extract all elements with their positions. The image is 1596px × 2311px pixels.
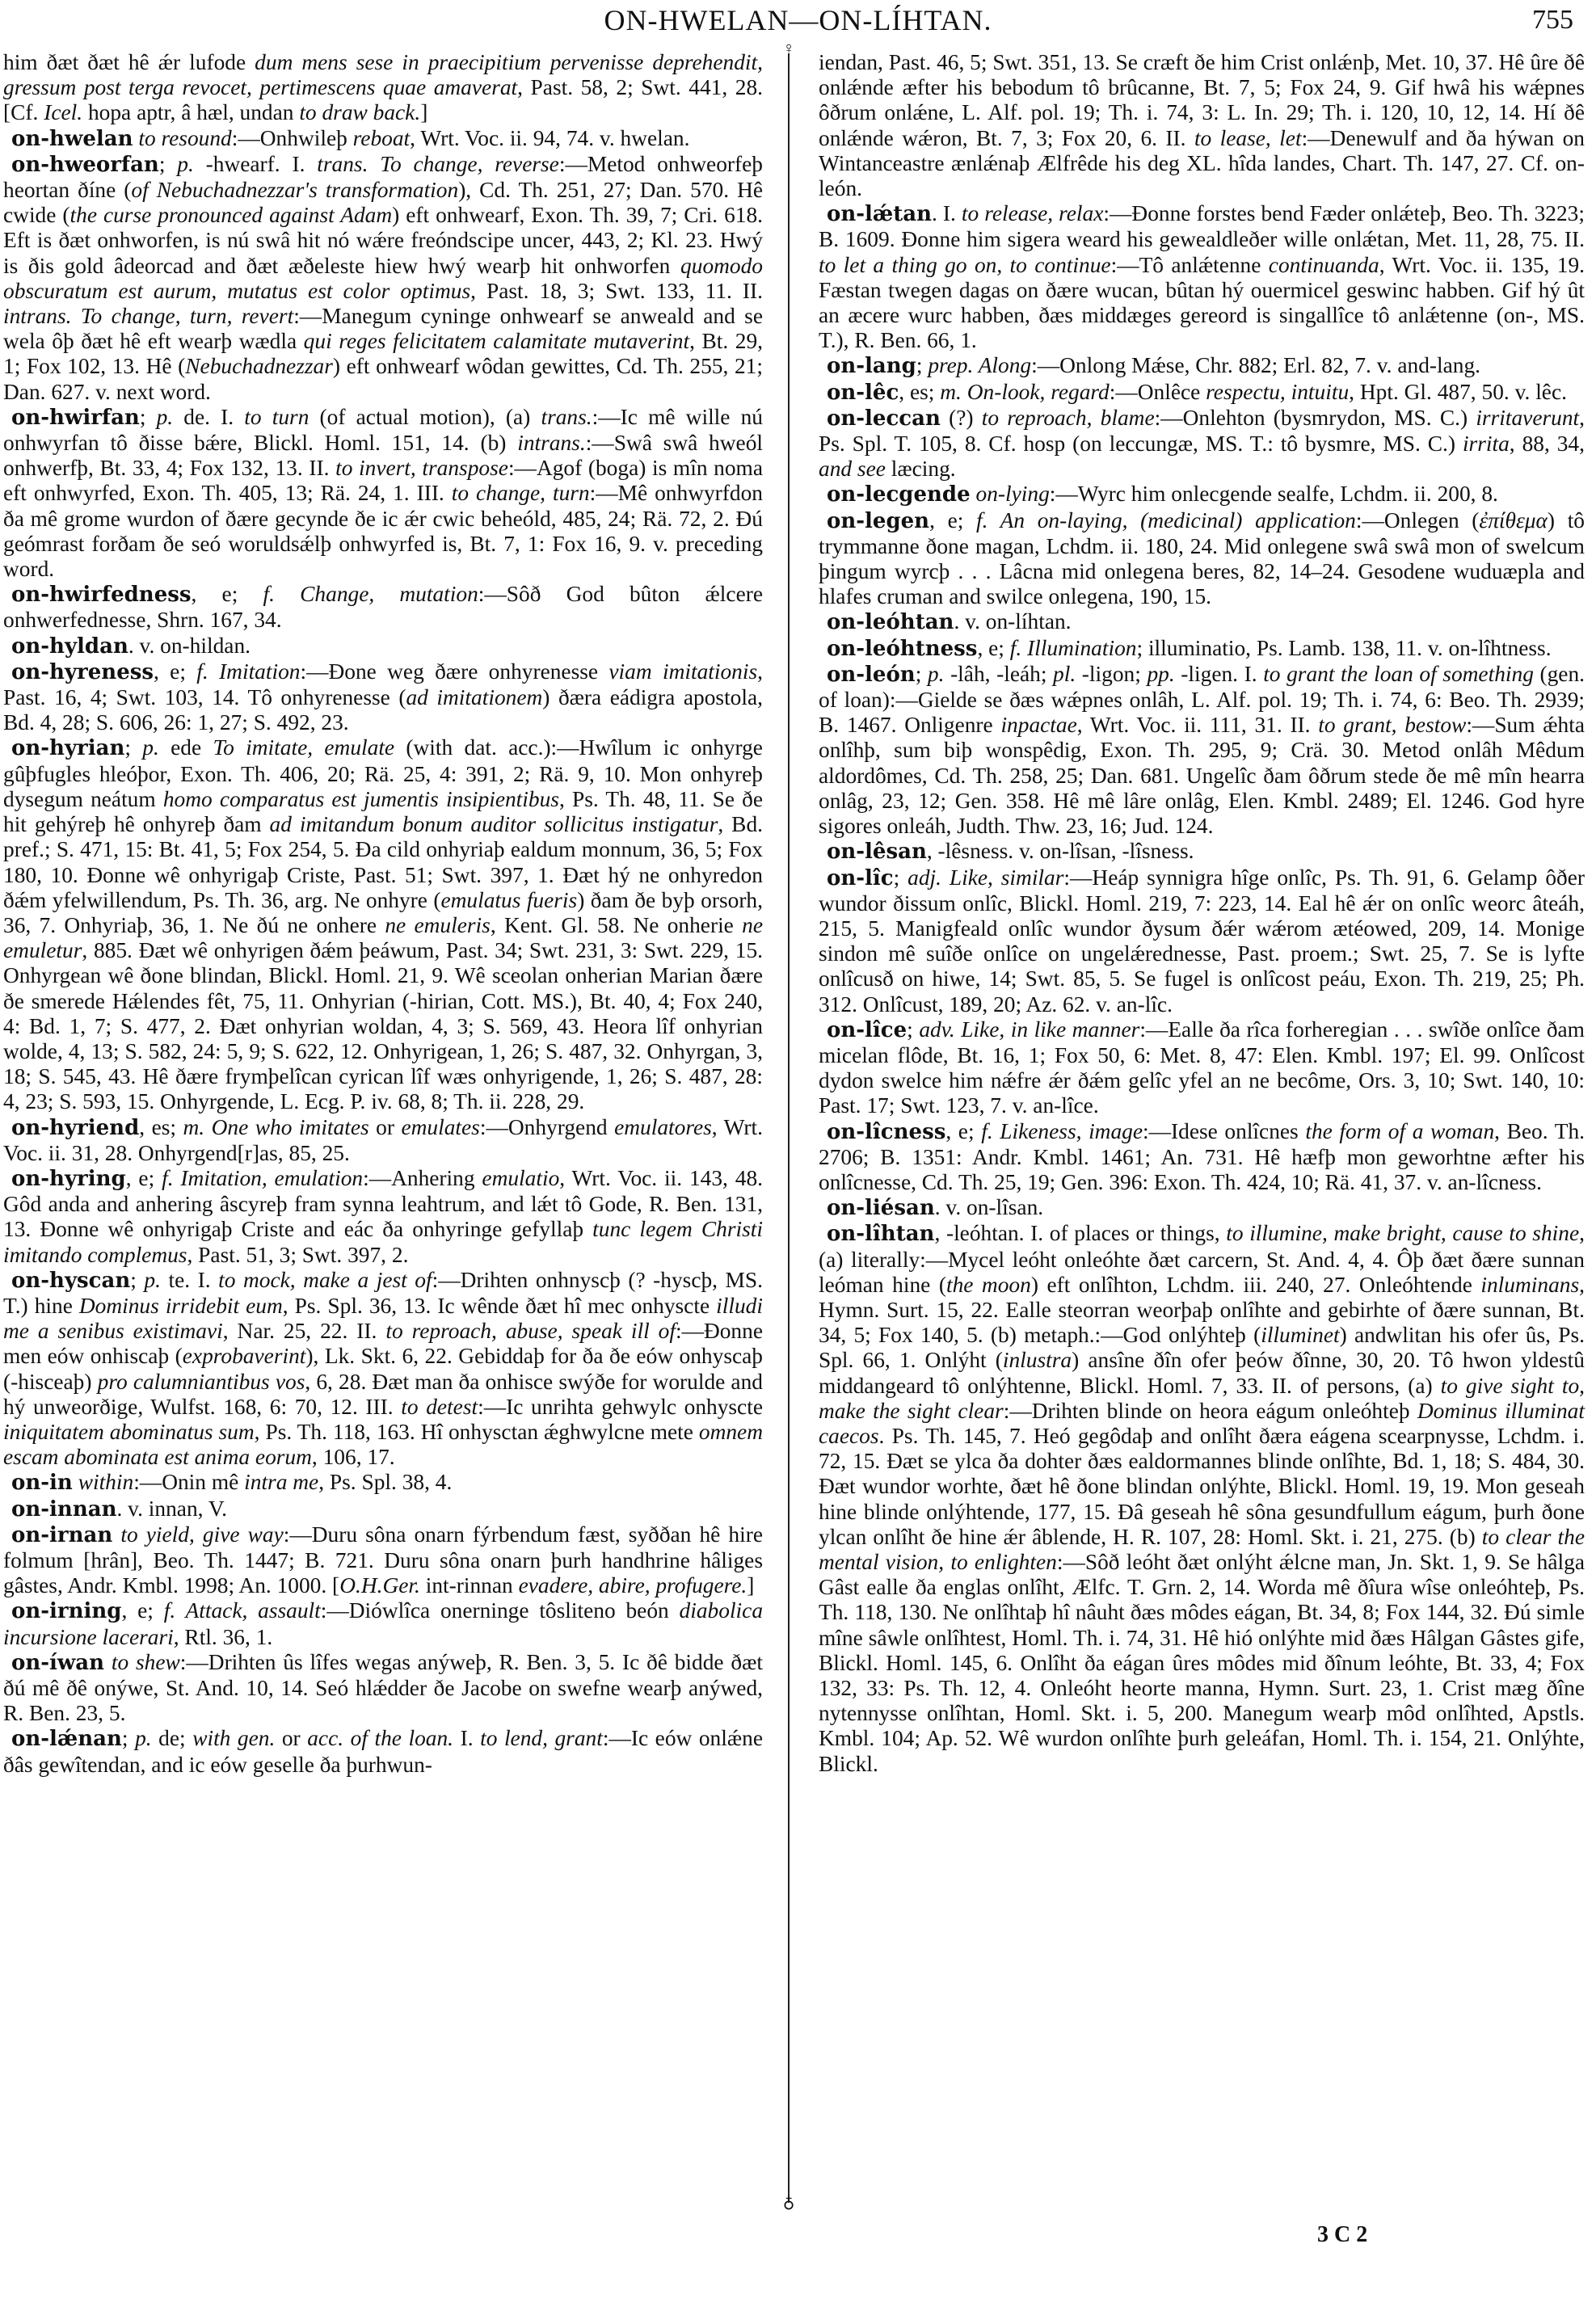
entry-text bbox=[971, 482, 976, 506]
headword: on-lîc bbox=[827, 866, 894, 890]
italic-gloss: respectu, intuitu bbox=[1206, 380, 1349, 404]
entry-text: or bbox=[275, 1726, 307, 1750]
dictionary-entry: on-lîcness, e; f. Likeness, image:—Idese… bbox=[819, 1119, 1585, 1196]
headword: on-león bbox=[827, 663, 916, 687]
entry-text: , Ps. Spl. 36, 13. Ic wênde ðæt hî mec o… bbox=[283, 1294, 716, 1318]
italic-gloss: p. bbox=[144, 1268, 161, 1292]
dictionary-entry: on-hyrian; p. ede To imitate, emulate (w… bbox=[3, 735, 763, 1114]
headword: on-legen bbox=[827, 509, 929, 533]
italic-gloss: illuminet bbox=[1261, 1323, 1339, 1347]
column-divider bbox=[788, 53, 790, 2203]
entry-text: :—Ic unrihta gehwylc onhyscte bbox=[478, 1395, 763, 1419]
dictionary-entry: on-leóhtness, e; f. Illumination; illumi… bbox=[819, 636, 1585, 662]
entry-text: :—Drihten blinde on heora eágum onleóhte… bbox=[1004, 1399, 1417, 1423]
italic-gloss: p. bbox=[177, 152, 194, 176]
dictionary-page: ON-HWELAN—ON-LÍHTAN. 755 him ðæt ðæt hê … bbox=[0, 0, 1596, 2311]
italic-gloss: To imitate, emulate bbox=[213, 735, 394, 760]
italic-gloss: ad imitationem bbox=[406, 685, 542, 709]
entry-text: , Wrt. Voc. ii. 111, 31. II. bbox=[1077, 713, 1319, 737]
headword: on-hyldan bbox=[11, 634, 128, 659]
entry-text: , Hpt. Gl. 487, 50. v. lêc. bbox=[1349, 380, 1567, 404]
italic-gloss: m. One who imitates bbox=[183, 1115, 369, 1139]
dictionary-entry: on-hyring, e; f. Imitation, emulation:—A… bbox=[3, 1166, 763, 1268]
italic-gloss: emulatio bbox=[482, 1166, 559, 1190]
dictionary-entry: on-hwelan to resound:—Onhwileþ reboat, W… bbox=[3, 126, 763, 152]
italic-gloss: intrans. To change, turn, revert bbox=[3, 304, 293, 328]
headword: on-lêsan bbox=[827, 840, 927, 864]
italic-gloss: prep. Along bbox=[928, 353, 1031, 377]
entry-text: ; bbox=[140, 405, 157, 429]
entry-text: ; bbox=[122, 1726, 135, 1750]
entry-text: læcing. bbox=[886, 457, 956, 481]
italic-gloss: ne emuleris bbox=[385, 913, 491, 937]
headword: on-lîce bbox=[827, 1018, 907, 1042]
entry-text: :—Wyrc him onlecgende sealfe, Lchdm. ii.… bbox=[1050, 482, 1498, 506]
running-title: ON-HWELAN—ON-LÍHTAN. bbox=[0, 3, 1596, 37]
italic-gloss: to illumine, make bright, cause to shine bbox=[1226, 1221, 1579, 1245]
italic-gloss: of Nebuchadnezzar's transformation bbox=[131, 178, 458, 202]
italic-gloss: to lend, grant bbox=[480, 1726, 603, 1750]
entry-text: te. I. bbox=[161, 1268, 218, 1292]
headword: on-lǽtan bbox=[827, 202, 932, 226]
entry-text: -ligen. I. bbox=[1175, 662, 1264, 686]
dictionary-entry: on-lîc; adj. Like, similar:—Heáp synnigr… bbox=[819, 865, 1585, 1017]
entry-text: . v. on-hildan. bbox=[128, 634, 251, 658]
entry-text: , -lêsness. v. on-lîsan, -lîsness. bbox=[927, 839, 1194, 863]
dictionary-entry: on-lǽnan; p. de; with gen. or acc. of th… bbox=[3, 1726, 763, 1777]
left-column: him ðæt ðæt hê ǽr lufode dum mens sese i… bbox=[3, 50, 763, 1778]
italic-gloss: the form of a woman bbox=[1305, 1119, 1494, 1143]
italic-gloss: inpactae bbox=[1000, 713, 1076, 737]
italic-gloss: to mock, make a jest of bbox=[218, 1268, 432, 1292]
dictionary-entry: on-lǽtan. I. to release, relax:—Ðonne fo… bbox=[819, 201, 1585, 353]
headword: on-hyring bbox=[11, 1167, 126, 1191]
italic-gloss: to reproach, blame bbox=[982, 406, 1155, 430]
italic-gloss: trans. To change, reverse bbox=[317, 152, 559, 176]
entry-text: ; bbox=[916, 353, 928, 377]
italic-gloss: f. Likeness, image bbox=[981, 1119, 1143, 1143]
headword: on-innan bbox=[11, 1497, 116, 1522]
entry-text: , e; bbox=[977, 636, 1009, 660]
dictionary-entry: on-lang; prep. Along:—Onlong Mǽse, Chr. … bbox=[819, 353, 1585, 379]
dictionary-entry: on-lêc, es; m. On-look, regard:—Onlêce r… bbox=[819, 380, 1585, 406]
dictionary-entry: on-leccan (?) to reproach, blame:—Onleht… bbox=[819, 406, 1585, 482]
entry-text: :—Onlong Mǽse, Chr. 882; Erl. 82, 7. v. … bbox=[1031, 353, 1480, 377]
printer-signature: 3 C 2 bbox=[1317, 2222, 1367, 2248]
dictionary-entry: on-hweorfan; p. -hwearf. I. trans. To ch… bbox=[3, 152, 763, 405]
dictionary-entry: on-hyreness, e; f. Imitation:—Ðone weg ð… bbox=[3, 659, 763, 736]
entry-text: or bbox=[369, 1115, 402, 1139]
headword: on-hyscan bbox=[11, 1269, 130, 1293]
entry-text: , Past. 18, 3; Swt. 133, 11. II. bbox=[470, 279, 763, 303]
entry-text: , es; bbox=[139, 1115, 183, 1139]
italic-gloss: O.H.Ger. bbox=[339, 1573, 420, 1597]
entry-text: , e; bbox=[126, 1166, 162, 1190]
dictionary-entry: on-hyriend, es; m. One who imitates or e… bbox=[3, 1115, 763, 1166]
entry-text: . v. on-líhtan. bbox=[954, 609, 1071, 634]
entry-text: ) eft onlîhton, Lchdm. iii. 240, 27. Onl… bbox=[1031, 1273, 1481, 1297]
italic-gloss: evadere, abire, profugere. bbox=[519, 1573, 747, 1597]
italic-gloss: pl. bbox=[1053, 662, 1076, 686]
italic-gloss: f. Attack, assault bbox=[164, 1598, 321, 1623]
italic-gloss: acc. of the loan. bbox=[307, 1726, 453, 1750]
italic-gloss: to reproach, abuse, speak ill of bbox=[385, 1319, 676, 1343]
italic-gloss: to grant the loan of something bbox=[1263, 662, 1534, 686]
dictionary-entry: on-irnan to yield, give way:—Duru sôna o… bbox=[3, 1522, 763, 1599]
entry-text bbox=[112, 1522, 120, 1547]
headword: on-irnan bbox=[11, 1523, 112, 1547]
italic-gloss: p. bbox=[157, 405, 174, 429]
italic-gloss: continuanda bbox=[1269, 253, 1379, 277]
entry-text: , e; bbox=[945, 1119, 981, 1143]
italic-gloss: pp. bbox=[1147, 662, 1174, 686]
italic-gloss: iniquitatem abominatus sum bbox=[3, 1420, 255, 1444]
entry-text: ede bbox=[159, 735, 213, 760]
headword: on-leóhtan bbox=[827, 610, 954, 634]
italic-gloss: pro calumniantibus vos bbox=[98, 1370, 305, 1394]
entry-text: , es; bbox=[899, 380, 940, 404]
headword: on-lîhtan bbox=[827, 1222, 934, 1246]
italic-gloss: f. Illumination bbox=[1010, 636, 1137, 660]
entry-text: , e; bbox=[154, 659, 196, 684]
headword: on-leccan bbox=[827, 406, 941, 431]
entry-text: :—Anhering bbox=[363, 1166, 482, 1190]
italic-gloss: f. Imitation, emulation bbox=[162, 1166, 363, 1190]
dictionary-entry: on-irning, e; f. Attack, assault:—Diówlî… bbox=[3, 1598, 763, 1649]
entry-text bbox=[73, 1470, 78, 1494]
headword: on-hyrian bbox=[11, 736, 124, 760]
entry-text: , 885. Ðæt wê onhyrigen ðǽm þeáwum, Past… bbox=[3, 938, 763, 1113]
entry-text: . v. innan, V. bbox=[116, 1496, 226, 1521]
italic-gloss: m. On-look, regard bbox=[940, 380, 1109, 404]
italic-gloss: exprobaverint bbox=[183, 1344, 306, 1368]
headword: on-íwan bbox=[11, 1651, 104, 1675]
headword: on-hwelan bbox=[11, 127, 133, 151]
italic-gloss: to invert, transpose bbox=[335, 456, 508, 480]
entry-text bbox=[104, 1650, 112, 1674]
entry-text: I. bbox=[453, 1726, 480, 1750]
italic-gloss: to shew bbox=[112, 1650, 180, 1674]
dictionary-entry: on-lîce; adv. Like, in like manner:—Eall… bbox=[819, 1017, 1585, 1119]
italic-gloss: intra me bbox=[244, 1470, 318, 1494]
italic-gloss: to resound bbox=[138, 126, 231, 150]
italic-gloss: to draw back. bbox=[299, 100, 420, 124]
dictionary-entry: on-hyscan; p. te. I. to mock, make a jes… bbox=[3, 1268, 763, 1471]
italic-gloss: adv. Like, in like manner bbox=[919, 1017, 1139, 1042]
italic-gloss: reboat bbox=[353, 126, 411, 150]
italic-gloss: p. bbox=[135, 1726, 152, 1750]
dictionary-entry: on-lecgende on-lying:—Wyrc him onlecgend… bbox=[819, 482, 1585, 507]
entry-text: de. I. bbox=[173, 405, 244, 429]
entry-text: , Wrt. Voc. ii. 94, 74. v. hwelan. bbox=[410, 126, 689, 150]
entry-text: , e; bbox=[192, 582, 263, 606]
dictionary-entry: on-in within:—Onin mê intra me, Ps. Spl.… bbox=[3, 1470, 763, 1496]
italic-gloss: f. Imitation bbox=[196, 659, 300, 684]
entry-text: . v. on-lîsan. bbox=[935, 1195, 1043, 1219]
dictionary-entry: iendan, Past. 46, 5; Swt. 351, 13. Se cr… bbox=[819, 50, 1585, 201]
italic-gloss: emulatores bbox=[614, 1115, 712, 1139]
italic-gloss: the curse pronounced against Adam bbox=[70, 203, 393, 227]
dictionary-entry: on-íwan to shew:—Drihten ûs lîfes wegas … bbox=[3, 1650, 763, 1727]
entry-text: , Ps. Th. 118, 163. Hî onhysctan ǽghwylc… bbox=[255, 1420, 699, 1444]
italic-gloss: Dominus irridebit eum bbox=[79, 1294, 283, 1318]
italic-gloss: p. bbox=[928, 662, 945, 686]
entry-text: ; bbox=[907, 1017, 919, 1042]
entry-text: (?) bbox=[941, 406, 982, 430]
headword: on-irning bbox=[11, 1599, 121, 1623]
italic-gloss: to detest bbox=[401, 1395, 478, 1419]
dictionary-entry: on-leóhtan. v. on-líhtan. bbox=[819, 609, 1585, 635]
italic-gloss: to yield, give way bbox=[120, 1522, 283, 1547]
entry-text: , 106, 17. bbox=[312, 1445, 395, 1469]
entry-text: . I. bbox=[932, 201, 962, 225]
italic-gloss: homo comparatus est jumentis insipientib… bbox=[163, 787, 559, 811]
italic-gloss: with gen. bbox=[192, 1726, 275, 1750]
headword: on-in bbox=[11, 1471, 73, 1495]
page-header: ON-HWELAN—ON-LÍHTAN. 755 bbox=[0, 3, 1596, 39]
italic-gloss: Nebuchadnezzar bbox=[185, 354, 333, 378]
headword: on-hwirfan bbox=[11, 406, 140, 430]
italic-gloss: to lease, let bbox=[1194, 126, 1302, 150]
headword: on-liésan bbox=[827, 1196, 935, 1220]
column-rule-ornament-bottom-icon: ♁ bbox=[782, 2195, 795, 2211]
dictionary-entry: on-lîhtan, -leóhtan. I. of places or thi… bbox=[819, 1221, 1585, 1776]
dictionary-entry: him ðæt ðæt hê ǽr lufode dum mens sese i… bbox=[3, 50, 763, 126]
italic-gloss: ad imitandum bonum auditor sollicitus in… bbox=[270, 812, 718, 836]
entry-text: , Rtl. 36, 1. bbox=[174, 1625, 273, 1649]
entry-text: :—Tô anlǽtenne bbox=[1111, 253, 1269, 277]
dictionary-entry: on-león; p. -lâh, -leáh; pl. -ligon; pp.… bbox=[819, 662, 1585, 839]
entry-text: :—Diówlîca onerninge tôsliteno beón bbox=[321, 1598, 680, 1623]
headword: on-leóhtness bbox=[827, 637, 977, 661]
italic-gloss: ἐπίθεμα bbox=[1479, 508, 1548, 532]
italic-gloss: adj. Like, similar bbox=[907, 865, 1063, 890]
italic-gloss: and see bbox=[819, 457, 886, 481]
entry-text: ] bbox=[747, 1573, 754, 1597]
entry-text: :—Onlegen ( bbox=[1356, 508, 1480, 532]
entry-text: , e; bbox=[121, 1598, 163, 1623]
italic-gloss: trans. bbox=[541, 405, 592, 429]
headword: on-lêc bbox=[827, 381, 899, 405]
italic-gloss: irrita bbox=[1463, 431, 1510, 456]
entry-text: hopa aptr, â hæl, undan bbox=[82, 100, 299, 124]
dictionary-entry: on-legen, e; f. An on-laying, (medicinal… bbox=[819, 508, 1585, 610]
italic-gloss: viam imitationis bbox=[609, 659, 757, 684]
entry-text: ] bbox=[420, 100, 427, 124]
italic-gloss: to let a thing go on, to continue bbox=[819, 253, 1111, 277]
headword: on-lîcness bbox=[827, 1120, 945, 1144]
dictionary-entry: on-hwirfedness, e; f. Change, mutation:—… bbox=[3, 582, 763, 633]
headword: on-hwirfedness bbox=[11, 583, 192, 607]
headword: on-hweorfan bbox=[11, 153, 159, 177]
entry-text: (of actual motion), (a) bbox=[309, 405, 541, 429]
entry-text: . Ps. Th. 145, 7. Heó gegôdaþ and onlîht… bbox=[819, 1424, 1585, 1549]
italic-gloss: on-lying bbox=[976, 482, 1050, 506]
page-number: 755 bbox=[1532, 5, 1573, 36]
headword: on-hyriend bbox=[11, 1116, 139, 1140]
entry-text: :—Onlêce bbox=[1110, 380, 1206, 404]
italic-gloss: irritaverunt bbox=[1476, 406, 1579, 430]
italic-gloss: emulates bbox=[401, 1115, 479, 1139]
italic-gloss: intrans. bbox=[517, 431, 585, 455]
entry-text: , Nar. 25, 22. II. bbox=[223, 1319, 386, 1343]
italic-gloss: to release, relax bbox=[962, 201, 1104, 225]
entry-text: :—Onhyrgend bbox=[480, 1115, 614, 1139]
headword: on-lecgende bbox=[827, 482, 971, 507]
italic-gloss: to grant, bestow bbox=[1318, 713, 1466, 737]
entry-text: :—Onin mê bbox=[133, 1470, 244, 1494]
italic-gloss: inlustra bbox=[1003, 1348, 1072, 1372]
entry-text: de; bbox=[152, 1726, 193, 1750]
italic-gloss: to change, turn bbox=[452, 481, 590, 505]
entry-text: ; illuminatio, Ps. Lamb. 138, 11. v. on-… bbox=[1136, 636, 1551, 660]
entry-text: ; bbox=[916, 662, 928, 686]
italic-gloss: Icel. bbox=[44, 100, 82, 124]
entry-text: ; bbox=[159, 152, 177, 176]
dictionary-entry: on-innan. v. innan, V. bbox=[3, 1496, 763, 1522]
entry-text: ; bbox=[124, 735, 142, 760]
entry-text: ; bbox=[130, 1268, 144, 1292]
italic-gloss: within bbox=[78, 1470, 134, 1494]
entry-text: :—Sôð leóht ðæt onlýht ǽlcne man, Jn. Sk… bbox=[819, 1550, 1585, 1776]
dictionary-entry: on-lêsan, -lêsness. v. on-lîsan, -lîsnes… bbox=[819, 839, 1585, 865]
entry-text: :—Onlehton (bysmrydon, MS. C.) bbox=[1155, 406, 1476, 430]
entry-text: him ðæt ðæt hê ǽr lufode bbox=[3, 50, 255, 74]
headword: on-lǽnan bbox=[11, 1727, 122, 1751]
italic-gloss: to turn bbox=[244, 405, 309, 429]
italic-gloss: qui reges felicitatem calamitate mutaver… bbox=[304, 329, 689, 353]
dictionary-entry: on-liésan. v. on-lîsan. bbox=[819, 1195, 1585, 1221]
dictionary-entry: on-hwirfan; p. de. I. to turn (of actual… bbox=[3, 405, 763, 582]
entry-text: :—Onhwileþ bbox=[232, 126, 353, 150]
headword: on-lang bbox=[827, 354, 916, 378]
entry-text: ; bbox=[894, 865, 908, 890]
italic-gloss: inluminans bbox=[1480, 1273, 1579, 1297]
italic-gloss: the moon bbox=[946, 1273, 1031, 1297]
entry-text: , 88, 34, bbox=[1510, 431, 1585, 456]
entry-text: :—Ðone weg ðære onhyrenesse bbox=[301, 659, 609, 684]
headword: on-hyreness bbox=[11, 660, 154, 684]
entry-text: , e; bbox=[929, 508, 976, 532]
entry-text: , Ps. Spl. 38, 4. bbox=[318, 1470, 452, 1494]
italic-gloss: p. bbox=[142, 735, 159, 760]
entry-text: , Kent. Gl. 58. Ne onherie bbox=[491, 913, 742, 937]
entry-text: , -leóhtan. I. of places or things, bbox=[934, 1221, 1226, 1245]
italic-gloss: emulatus fueris bbox=[440, 888, 577, 912]
entry-text: -hwearf. I. bbox=[194, 152, 317, 176]
dictionary-entry: on-hyldan. v. on-hildan. bbox=[3, 634, 763, 659]
entry-text: -ligon; bbox=[1076, 662, 1147, 686]
right-column: iendan, Past. 46, 5; Swt. 351, 13. Se cr… bbox=[819, 50, 1585, 1777]
italic-gloss: f. An on-laying, (medicinal) application bbox=[976, 508, 1356, 532]
entry-text: :—Idese onlîcnes bbox=[1143, 1119, 1305, 1143]
entry-text: -lâh, -leáh; bbox=[944, 662, 1053, 686]
entry-text: int-rinnan bbox=[420, 1573, 519, 1597]
entry-text: , Past. 51, 3; Swt. 397, 2. bbox=[187, 1243, 408, 1267]
italic-gloss: f. Change, mutation bbox=[263, 582, 478, 606]
